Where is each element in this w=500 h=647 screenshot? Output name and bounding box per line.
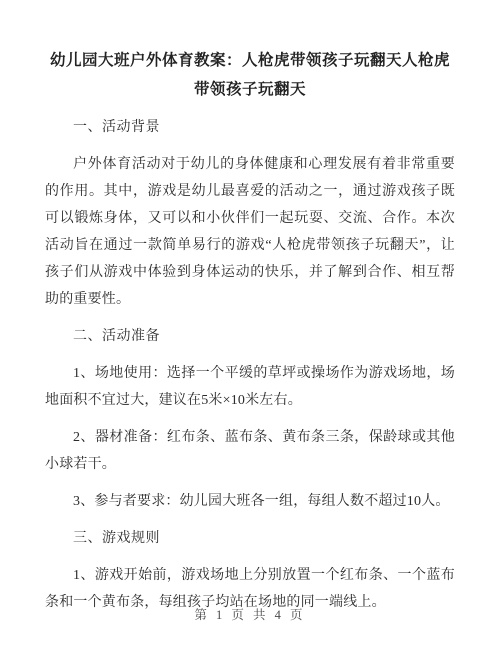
section-heading: 一、活动背景 bbox=[45, 114, 455, 141]
page-number: 第 1 页 共 4 页 bbox=[0, 605, 500, 623]
paragraph: 1、场地使用：选择一个平缓的草坪或操场作为游戏场地，场地面积不宜过大，建议在5米… bbox=[45, 360, 455, 414]
section-heading: 三、游戏规则 bbox=[45, 525, 455, 552]
page-title: 幼儿园大班户外体育教案：人枪虎带领孩子玩翻天人枪虎带领孩子玩翻天 bbox=[45, 46, 455, 104]
paragraph: 户外体育活动对于幼儿的身体健康和心理发展有着非常重要的作用。其中，游戏是幼儿最喜… bbox=[45, 151, 455, 313]
document-section: 一、活动背景 户外体育活动对于幼儿的身体健康和心理发展有着非常重要的作用。其中，… bbox=[45, 114, 455, 313]
paragraph: 2、器材准备：红布条、蓝布条、黄布条三条，保龄球或其他小球若干。 bbox=[45, 424, 455, 478]
document-page: 幼儿园大班户外体育教案：人枪虎带领孩子玩翻天人枪虎带领孩子玩翻天 一、活动背景 … bbox=[0, 0, 500, 647]
section-heading: 二、活动准备 bbox=[45, 323, 455, 350]
paragraph: 3、参与者要求：幼儿园大班各一组，每组人数不超过10人。 bbox=[45, 488, 455, 515]
document-section: 三、游戏规则 1、游戏开始前，游戏场地上分别放置一个红布条、一个蓝布条和一个黄布… bbox=[45, 525, 455, 616]
document-section: 二、活动准备 1、场地使用：选择一个平缓的草坪或操场作为游戏场地，场地面积不宜过… bbox=[45, 323, 455, 515]
document-body: 一、活动背景 户外体育活动对于幼儿的身体健康和心理发展有着非常重要的作用。其中，… bbox=[45, 114, 455, 616]
